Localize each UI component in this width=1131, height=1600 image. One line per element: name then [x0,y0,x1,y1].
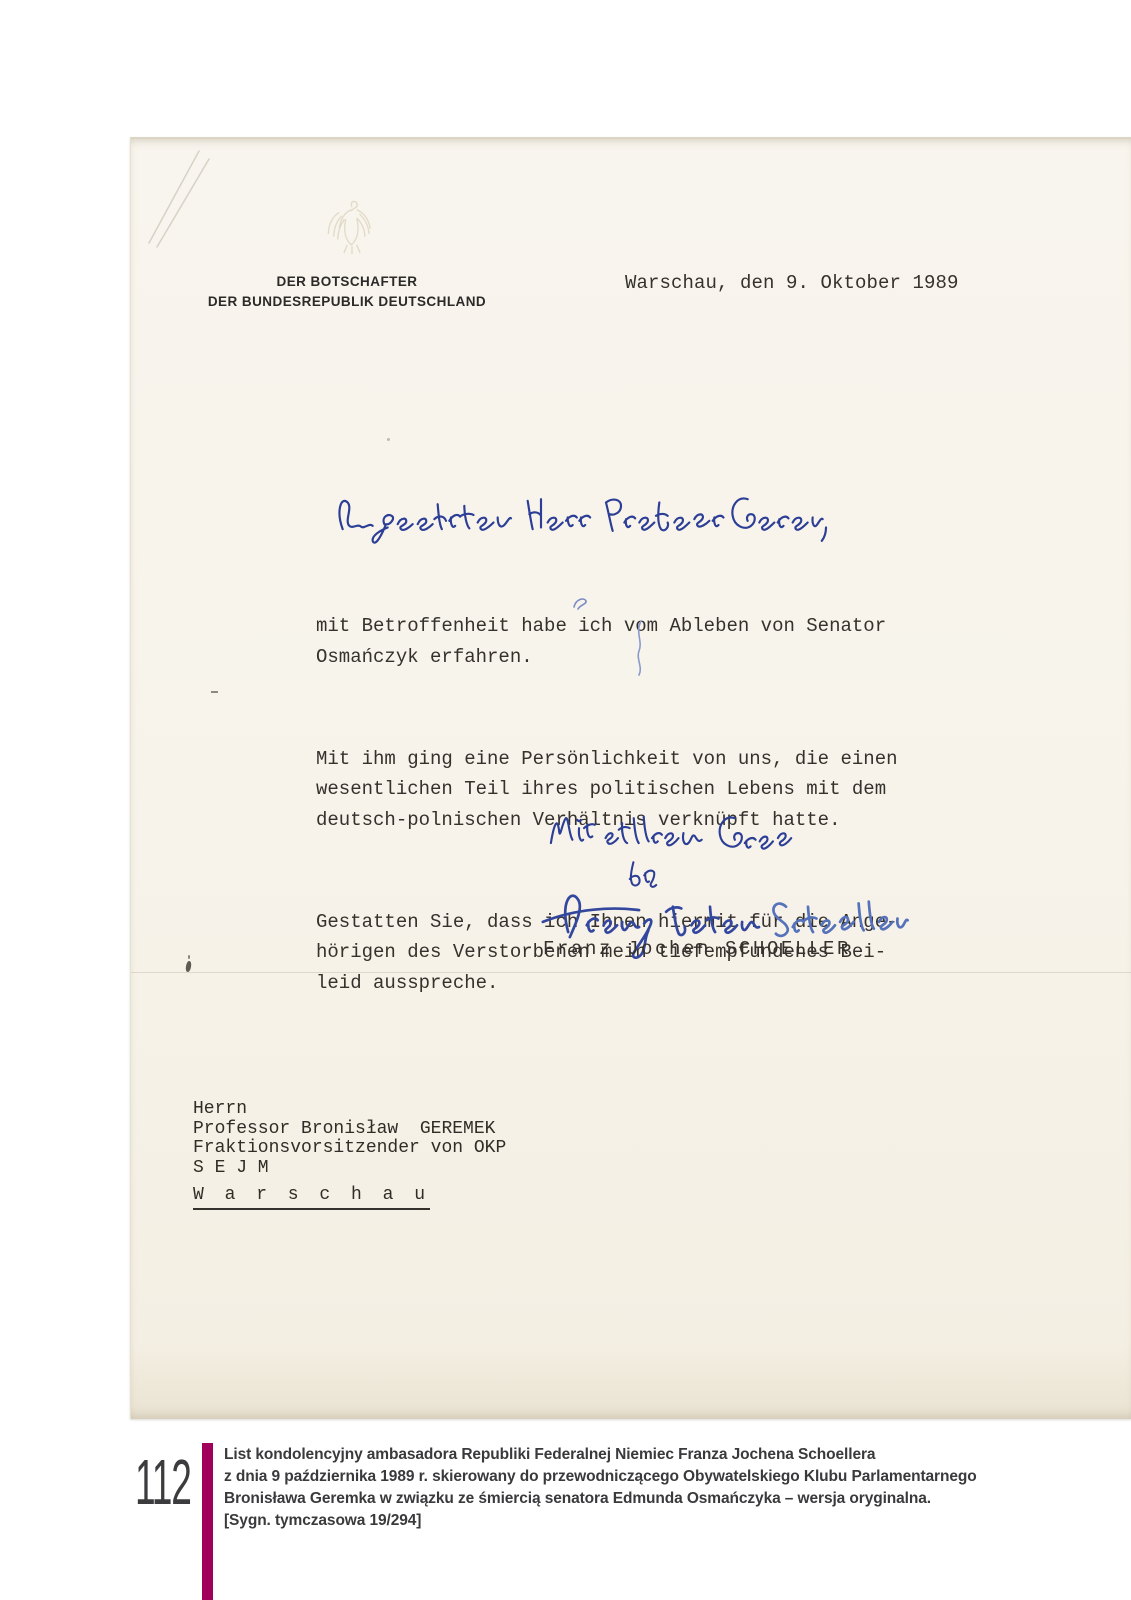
handwritten-closing: Mit stillem Gruss [521,795,831,853]
recipient-city: W a r s c h a u [193,1185,430,1210]
date-line: Warschau, den 9. Oktober 1989 [625,272,959,294]
margin-dash-mark [211,691,218,693]
letter-scan: DER BOTSCHAFTER DER BUNDESREPUBLIK DEUTS… [130,137,1131,1419]
letterhead: DER BOTSCHAFTER DER BUNDESREPUBLIK DEUTS… [189,272,505,312]
scan-crease-line [131,972,1131,973]
ink-speck [185,961,192,973]
letterhead-line2: DER BUNDESREPUBLIK DEUTSCHLAND [189,292,505,312]
caption-number: 112 [135,1450,191,1514]
ink-correction-stroke [629,617,649,679]
caption-text: List kondolencyjny ambasadora Republiki … [224,1444,1024,1532]
ink-speck-small [188,955,190,959]
scan-dot [387,438,390,441]
paper-fold-mark [137,141,229,251]
ink-correction-mark [568,591,592,615]
letter-paragraph-1: mit Betroffenheit habe ich vom Ableben v… [316,611,936,672]
federal-eagle-emblem [323,197,381,263]
handwritten-salutation: Sehr geehrter Herr Professor Geremek, [331,475,831,555]
letterhead-line1: DER BOTSCHAFTER [189,272,505,292]
recipient-address: Herrn Professor Bronisław GEREMEK Frakti… [193,1100,506,1178]
archive-scan-page: DER BOTSCHAFTER DER BUNDESREPUBLIK DEUTS… [0,0,1131,1600]
typed-signature-name: Franz Jochen SCHOELLER [543,938,851,960]
caption-accent-bar [202,1443,213,1600]
